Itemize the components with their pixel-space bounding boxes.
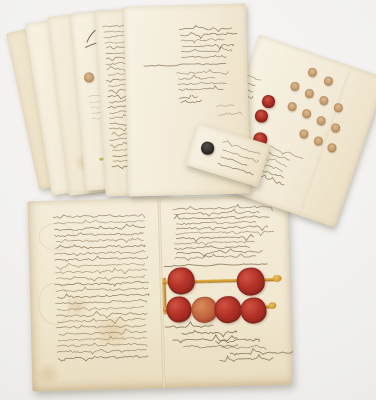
letter-paragraph-1 (178, 23, 245, 61)
slip-handwriting (214, 137, 265, 180)
large-red-wax-seal (240, 297, 267, 324)
black-wax-seal (199, 140, 215, 156)
small-papered-seal (330, 122, 341, 133)
small-papered-seal (315, 115, 326, 126)
folio-left-page-text (52, 210, 152, 362)
letter-paragraph-3 (178, 95, 206, 106)
small-papered-seal (304, 88, 315, 99)
small-papered-seal (326, 142, 337, 153)
small-papered-seal (307, 67, 318, 78)
folio-double-page (28, 195, 293, 392)
photo-stage (0, 0, 376, 400)
signature-block-right (215, 335, 294, 365)
flourish-marks (216, 100, 245, 121)
foxing-stain (36, 361, 61, 388)
large-red-wax-seal (236, 267, 265, 296)
large-red-wax-seal (166, 296, 192, 323)
letter-paragraph-2 (175, 68, 232, 93)
ribbon-knot (273, 275, 282, 282)
folio-right-page-text (172, 203, 281, 262)
small-papered-seal (298, 128, 309, 139)
small-papered-seal (289, 81, 300, 92)
small-tan-seal (84, 72, 95, 83)
small-papered-seal (286, 101, 297, 112)
small-papered-seal (318, 95, 329, 106)
ribbon-knot (268, 302, 276, 309)
red-wax-seal (253, 108, 270, 125)
red-wax-seal (260, 93, 277, 110)
large-red-wax-seal (167, 267, 195, 295)
small-papered-seal (323, 75, 334, 86)
small-papered-seal (301, 108, 312, 119)
